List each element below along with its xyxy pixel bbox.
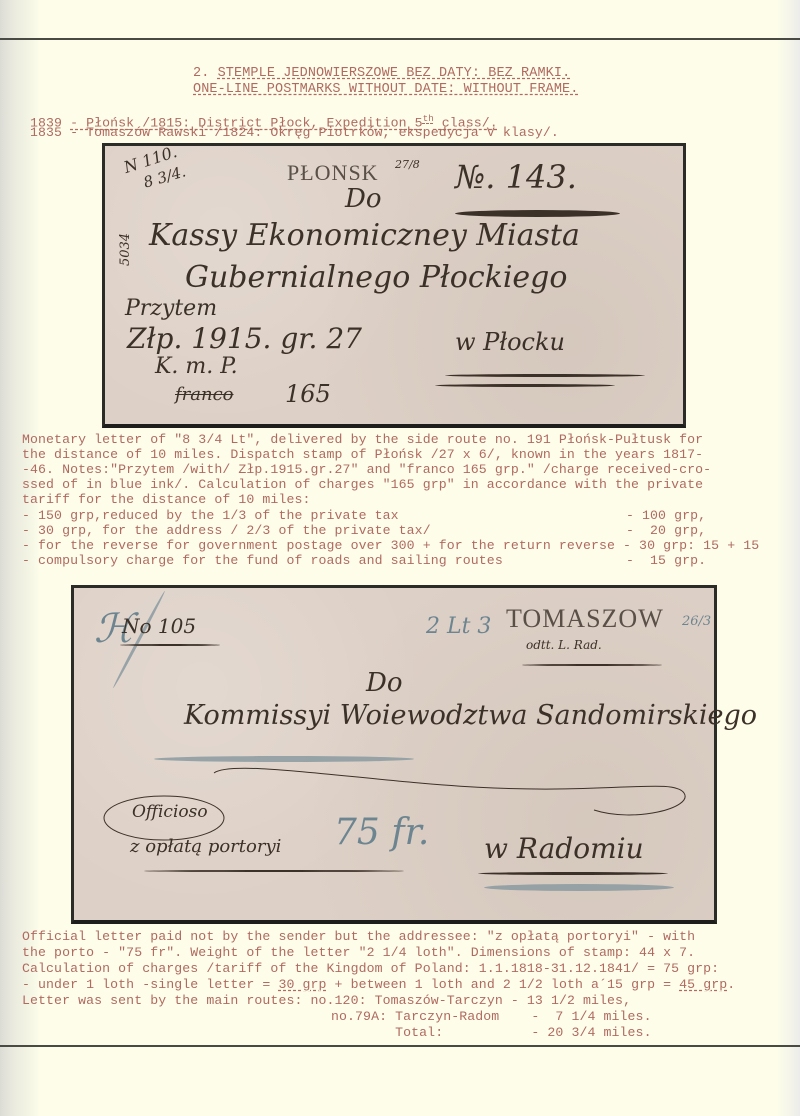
- routes-intro: Letter was sent by the main routes:: [22, 993, 311, 1008]
- description-line: Monetary letter of "8 3/4 Lt", delivered…: [22, 432, 703, 448]
- note-amount: Złp. 1915. gr. 27: [127, 322, 362, 355]
- routes-line-2: no.79A: Tarczyn-Radom - 7 1/4 miles.: [331, 1009, 652, 1025]
- title-en-text: ONE-LINE POSTMARKS WITHOUT DATE: WITHOUT…: [193, 82, 578, 97]
- charge-amount: - 15 grp.: [626, 553, 706, 569]
- calc-text: - under 1 loth -single letter =: [22, 977, 278, 992]
- ink-underline: [144, 870, 404, 872]
- ink-underline: [435, 384, 615, 387]
- charge-line: - compulsory charge for the fund of road…: [22, 553, 503, 569]
- calculation-line: - under 1 loth -single letter = 30 grp +…: [22, 977, 735, 993]
- calc-amount-single: 30 grp: [278, 977, 326, 992]
- note-kmp: K. m. P.: [155, 354, 238, 379]
- charge-line: - for the reverse for government postage…: [22, 538, 759, 554]
- note-franco: franco: [175, 384, 234, 405]
- cover-plonsk: N 110. 8 3/4. 5034 PŁONSK 27/8 №. 143. D…: [102, 143, 686, 428]
- address-line-2: Gubernialnego Płockiego: [185, 260, 567, 295]
- routes-line-1: Letter was sent by the main routes: no.1…: [22, 993, 631, 1009]
- entry-tomaszow: 1835 - Tomaszów Rawski /1824: Okręg Piot…: [30, 125, 559, 141]
- address-do: Do: [345, 184, 382, 214]
- note-oplata: z opłatą portoryi: [130, 836, 281, 857]
- flourish-line: [74, 588, 714, 918]
- blue-porto-amount: 75 fr.: [334, 812, 429, 853]
- ink-underline: [445, 374, 645, 377]
- entry-year: 1835: [30, 125, 62, 140]
- description-line: Calculation of charges /tariff of the Ki…: [22, 961, 719, 977]
- ink-underline: [455, 210, 620, 217]
- postmark-plonsk: PŁONSK: [287, 160, 379, 186]
- description-line: the porto - "75 fr". Weight of the lette…: [22, 945, 695, 961]
- charge-amount: - 100 grp,: [626, 508, 706, 524]
- description-line: tariff for the distance of 10 miles:: [22, 492, 311, 508]
- description-line: ssed of in blue ink/. Calculation of cha…: [22, 477, 703, 493]
- note-przytem: Przytem: [125, 296, 217, 321]
- ink-underline: [478, 872, 668, 875]
- calc-text: .: [727, 977, 735, 992]
- route-total-distance: - 20 3/4 miles.: [531, 1025, 651, 1040]
- destination: w Radomiu: [484, 832, 644, 865]
- route-total-label: Total:: [395, 1025, 523, 1040]
- route-no: no.120:: [311, 993, 367, 1008]
- side-note: 5034: [118, 233, 133, 266]
- top-rule: [0, 38, 800, 40]
- scan-edge-right: [778, 0, 800, 1116]
- cover-tomaszow: ℋ No 105 2 Lt 3 TOMASZOW 26/3 odtt. L. R…: [71, 585, 717, 924]
- note-officio: Officioso: [132, 802, 208, 822]
- description-line: -46. Notes:"Przytem /with/ Złp.1915.gr.2…: [22, 462, 711, 478]
- route-distance: - 7 1/4 miles.: [531, 1009, 651, 1024]
- calc-amount-extra: 45 grp: [679, 977, 727, 992]
- destination: w Płocku: [455, 328, 565, 356]
- bottom-rule: [0, 1045, 800, 1047]
- route-name: Tomaszów-Tarczyn: [375, 993, 503, 1008]
- route-distance: - 13 1/2 miles,: [511, 993, 631, 1008]
- charge-amount: - 20 grp,: [626, 523, 706, 539]
- description-line: the distance of 10 miles. Dispatch stamp…: [22, 447, 703, 463]
- registry-number: №. 143.: [455, 158, 577, 196]
- note-franco-amount: 165: [285, 380, 331, 408]
- routes-total: Total: - 20 3/4 miles.: [331, 1025, 652, 1041]
- description-line: Official letter paid not by the sender b…: [22, 929, 695, 945]
- blue-underline: [484, 884, 674, 891]
- charge-line: - 150 grp,reduced by the 1/3 of the priv…: [22, 508, 399, 524]
- entry-sup: th: [423, 114, 434, 124]
- title-pl-text: STEMPLE JEDNOWIERSZOWE BEZ DATY: BEZ RAM…: [218, 66, 571, 81]
- entry-text: - Tomaszów Rawski /1824: Okręg Piotrków,…: [70, 125, 559, 140]
- route-no: no.79A:: [331, 1009, 387, 1024]
- postmark-date: 27/8: [395, 158, 420, 171]
- address-line-1: Kassy Ekonomiczney Miasta: [149, 218, 580, 253]
- page-title-english: ONE-LINE POSTMARKS WITHOUT DATE: WITHOUT…: [193, 82, 578, 98]
- charge-line: - 30 grp, for the address / 2/3 of the p…: [22, 523, 431, 539]
- calc-text: + between 1 loth and 2 1/2 loth a´15 grp…: [327, 977, 680, 992]
- route-name: Tarczyn-Radom: [395, 1009, 523, 1024]
- page-title-polish: 2. STEMPLE JEDNOWIERSZOWE BEZ DATY: BEZ …: [193, 66, 570, 82]
